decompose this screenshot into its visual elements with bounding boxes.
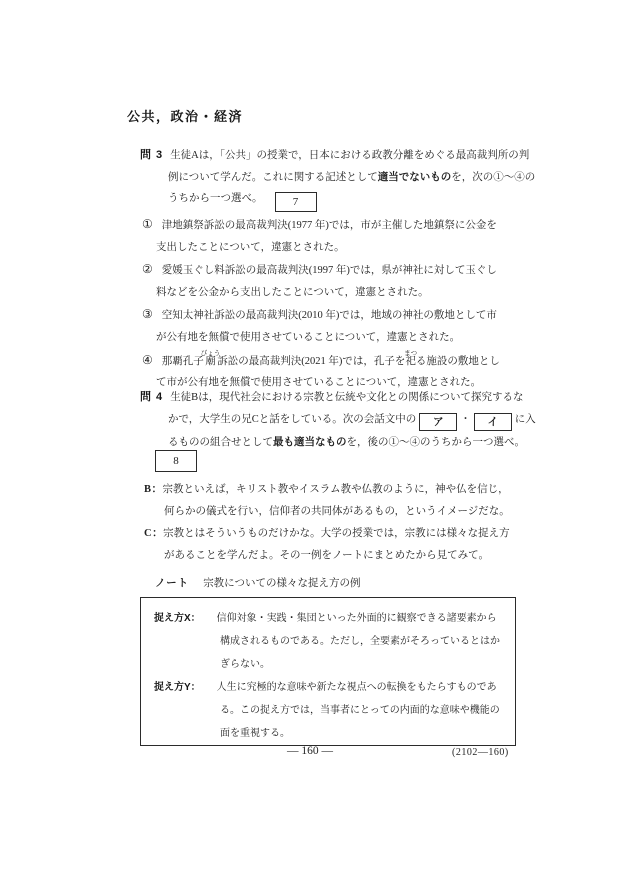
note-item-x-text: 信仰対象・実践・集団といった外面的に観察できる諸要素から 構成されるものである。…: [217, 613, 500, 670]
option-3: ③空知太神社訴訟の最高裁判決(2010 年)では，地域の神社の敷地として市 が公…: [142, 304, 544, 348]
option-1-number: ①: [142, 217, 153, 231]
ruby-byou-furigana: びょう: [201, 350, 221, 357]
option-4-text-pre: 那覇孔子: [162, 356, 204, 367]
note-item-y-label: 捉え方Y：: [154, 682, 201, 693]
option-3-number: ③: [142, 307, 153, 321]
question-3-options: ①津地鎮祭訴訟の最高裁判決(1977 年)では，市が主催した地鎮祭に公金を 支出…: [142, 214, 544, 395]
exam-page: 公共，政治・経済 問 3生徒Aは，「公共」の授業で，日本における政教分離をめぐる…: [0, 0, 620, 876]
blank-box-i: イ: [474, 413, 512, 431]
blank-box-a: ア: [419, 413, 457, 431]
note-heading: ノート宗教についての様々な捉え方の例: [155, 575, 360, 590]
dialogue-b-text: 宗教といえば，キリスト教やイスラム教や仏教のように，神や仏を信じ， 何らかの儀式…: [163, 484, 510, 517]
question-4-paragraph: 問 4生徒Bは，現代社会における宗教と伝統や文化との関係について探究するな かで…: [140, 386, 542, 454]
option-2-text: 愛媛玉ぐし料訴訟の最高裁判決(1997 年)では，県が神社に対して玉ぐし 料など…: [156, 265, 497, 298]
question-4-text-after: を，後の①～④のうちから一つ選べ。: [347, 437, 526, 448]
page-title: 公共，政治・経済: [127, 106, 243, 125]
option-1: ①津地鎮祭訴訟の最高裁判決(1977 年)では，市が主催した地鎮祭に公金を 支出…: [142, 214, 544, 258]
answer-number-box-7: 7: [275, 192, 317, 212]
question-3-paragraph: 問 3生徒Aは，「公共」の授業で，日本における政教分離をめぐる最高裁判所の判 例…: [140, 145, 542, 212]
option-2: ②愛媛玉ぐし料訴訟の最高裁判決(1997 年)では，県が神社に対して玉ぐし 料な…: [142, 259, 544, 303]
footer-document-code: (2102—160): [452, 747, 509, 758]
dialogue-line-b: B：宗教といえば，キリスト教やイスラム教や仏教のように，神や仏を信じ， 何らかの…: [144, 479, 546, 523]
option-3-text: 空知太神社訴訟の最高裁判決(2010 年)では，地域の神社の敷地として市 が公有…: [156, 310, 497, 343]
ruby-matsu: 祀まつ: [405, 356, 416, 367]
ruby-matsu-furigana: まつ: [404, 350, 417, 357]
note-item-y-text: 人生に究極的な意味や新たな視点への転換をもたらすものであ る。この捉え方では，当…: [217, 682, 500, 739]
note-item-x-label: 捉え方X：: [154, 613, 201, 624]
option-4-number: ④: [142, 353, 153, 367]
option-2-number: ②: [142, 262, 153, 276]
question-4: 問 4生徒Bは，現代社会における宗教と伝統や文化との関係について探究するな かで…: [140, 386, 542, 454]
dialogue: B：宗教といえば，キリスト教やイスラム教や仏教のように，神や仏を信じ， 何らかの…: [144, 479, 546, 567]
option-1-text: 津地鎮祭訴訟の最高裁判決(1977 年)では，市が主催した地鎮祭に公金を 支出し…: [156, 220, 497, 253]
note-heading-label: ノート: [155, 577, 189, 589]
note-heading-text: 宗教についての様々な捉え方の例: [203, 578, 360, 589]
dialogue-c-text: 宗教とはそういうものだけかな。大学の授業では，宗教には様々な捉え方 があることを…: [163, 528, 510, 561]
question-3-label: 問 3: [140, 149, 163, 161]
ruby-byou: 廟びょう: [204, 356, 218, 367]
speaker-b: B：: [144, 484, 163, 495]
question-3: 問 3生徒Aは，「公共」の授業で，日本における政教分離をめぐる最高裁判所の判 例…: [140, 145, 542, 212]
question-4-label: 問 4: [140, 391, 163, 403]
note-item-y: 捉え方Y：人生に究極的な意味や新たな視点への転換をもたらすものであ る。この捉え…: [154, 676, 509, 745]
question-4-text-emphasis: 最も適当なもの: [273, 437, 347, 448]
speaker-c: C：: [144, 528, 163, 539]
option-4-text-mid: 訴訟の最高裁判決(2021 年)では，孔子を: [217, 356, 405, 367]
note-item-x: 捉え方X：信仰対象・実践・集団といった外面的に観察できる諸要素から 構成されるも…: [154, 607, 509, 676]
footer-page-number: — 160 —: [0, 745, 620, 757]
answer-number-box-8: 8: [155, 450, 197, 472]
question-3-text-emphasis: 適当でないもの: [378, 172, 452, 183]
dialogue-line-c: C：宗教とはそういうものだけかな。大学の授業では，宗教には様々な捉え方 があるこ…: [144, 523, 546, 567]
note-box: 捉え方X：信仰対象・実践・集団といった外面的に観察できる諸要素から 構成されるも…: [140, 597, 516, 746]
blank-separator: ・: [460, 414, 471, 425]
